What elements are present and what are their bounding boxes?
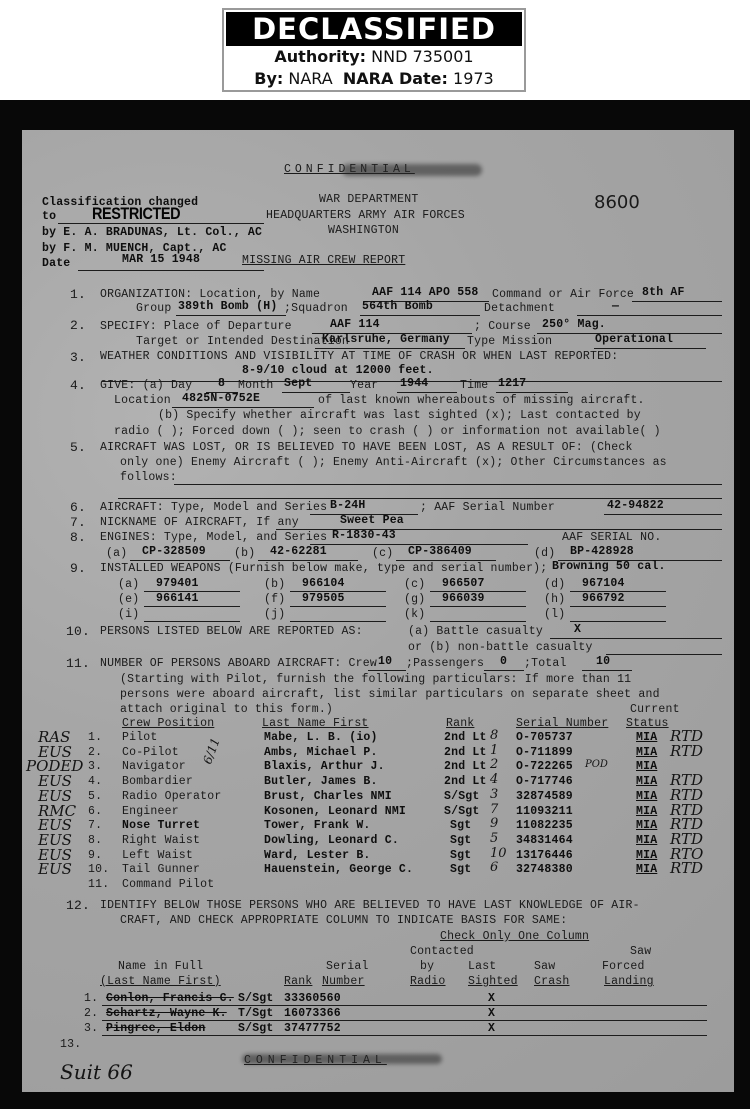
weapon-letter: (a) bbox=[118, 578, 139, 591]
crew-status: MIA bbox=[636, 834, 657, 847]
margin-note: 6/11 bbox=[200, 736, 222, 766]
to-label: to bbox=[42, 210, 56, 223]
aircraft-label: AIRCRAFT: Type, Model and Series bbox=[100, 501, 327, 514]
crew-rank: Sgt bbox=[450, 849, 471, 862]
witness-serial: 33360560 bbox=[284, 992, 341, 1005]
crew-name: Ward, Lester B. bbox=[264, 849, 371, 862]
col-radio-top: Contacted bbox=[410, 945, 474, 958]
crew-rank: Sgt bbox=[450, 819, 471, 832]
crew-name: Hauenstein, George C. bbox=[264, 863, 413, 876]
witness-number: 3. bbox=[84, 1022, 98, 1035]
crew-status: MIA bbox=[636, 805, 657, 818]
loss-cause-line-3: follows: bbox=[120, 471, 177, 484]
witness-number: 1. bbox=[84, 992, 98, 1005]
crew-number: 9. bbox=[88, 849, 102, 862]
crew-name: Mabe, L. B. (io) bbox=[264, 731, 378, 744]
weapon-letter: (e) bbox=[118, 593, 139, 606]
weapon-letter: (l) bbox=[544, 608, 565, 621]
report-number: 8600 bbox=[594, 192, 640, 213]
crew-position: Co-Pilot bbox=[122, 746, 179, 759]
crew-number: 11. bbox=[88, 878, 109, 891]
col-status: Status bbox=[626, 717, 669, 730]
witness-rank: S/Sgt bbox=[238, 1022, 274, 1035]
nickname-label: NICKNAME OF AIRCRAFT, If any bbox=[100, 516, 299, 529]
squadron-value: 564th Bomb bbox=[362, 300, 433, 313]
witness-name: Conlon, Francis C. bbox=[106, 992, 234, 1005]
crew-position: Navigator bbox=[122, 760, 186, 773]
year-value: 1944 bbox=[400, 377, 428, 390]
crew-mark: 9 bbox=[490, 816, 498, 831]
witness-rank: T/Sgt bbox=[238, 1007, 274, 1020]
item-number: 1. bbox=[70, 287, 86, 302]
item-number: 11. bbox=[66, 656, 90, 671]
crew-serial: 34831464 bbox=[516, 834, 573, 847]
crew-position: Pilot bbox=[122, 731, 158, 744]
location-value: 4825N-0752E bbox=[182, 392, 260, 405]
weapon-letter: (b) bbox=[264, 578, 285, 591]
crew-serial: 13176446 bbox=[516, 849, 573, 862]
col-rank: Rank bbox=[284, 975, 312, 988]
crew-number: 2. bbox=[88, 746, 102, 759]
passengers-label: ;Passengers bbox=[406, 657, 484, 670]
item-number: 8. bbox=[70, 530, 86, 545]
time-value: 1217 bbox=[498, 377, 526, 390]
engines-type: R-1830-43 bbox=[332, 529, 396, 542]
crew-number: 6. bbox=[88, 805, 102, 818]
crew-name: Tower, Frank W. bbox=[264, 819, 371, 832]
engine-serial: CP-328509 bbox=[142, 545, 206, 558]
engines-label: ENGINES: Type, Model, and Series bbox=[100, 531, 327, 544]
date-label: Date bbox=[42, 257, 70, 270]
mission-label: Type Mission bbox=[467, 335, 552, 348]
status-header-top: Current bbox=[630, 703, 680, 716]
witness-instr-2: CRAFT, AND CHECK APPROPRIATE COLUMN TO I… bbox=[120, 914, 567, 927]
particulars-note-2: persons were aboard aircraft, list simil… bbox=[120, 688, 660, 701]
crew-mark: 1 bbox=[490, 743, 498, 758]
col-serial: Number bbox=[322, 975, 365, 988]
witness-instr-1: IDENTIFY BELOW THOSE PERSONS WHO ARE BEL… bbox=[100, 899, 640, 912]
crew-status: MIA bbox=[636, 731, 657, 744]
item-number: 13. bbox=[60, 1038, 81, 1051]
crew-position: Command Pilot bbox=[122, 878, 214, 891]
engine-letter: (a) bbox=[106, 547, 127, 560]
crew-number: 7. bbox=[88, 819, 102, 832]
witness-name: Pingree, Eldon bbox=[106, 1022, 205, 1035]
crew-name: Ambs, Michael P. bbox=[264, 746, 378, 759]
crew-mark: 7 bbox=[490, 802, 498, 817]
persons-aboard-label: NUMBER OF PERSONS ABOARD AIRCRAFT: Crew bbox=[100, 657, 377, 670]
crew-handwritten-status: RTD bbox=[670, 859, 703, 877]
crew-serial: O-705737 bbox=[516, 731, 573, 744]
crew-mark: 5 bbox=[490, 831, 498, 846]
weather-label: WEATHER CONDITIONS AND VISIBILITY AT TIM… bbox=[100, 350, 618, 363]
weapon-letter: (c) bbox=[404, 578, 425, 591]
squadron-label: ;Squadron bbox=[284, 302, 348, 315]
weapon-serial: 966792 bbox=[582, 592, 625, 605]
departure-value: AAF 114 bbox=[330, 318, 380, 331]
item-number: 2. bbox=[70, 318, 86, 333]
crew-number: 10. bbox=[88, 863, 109, 876]
sighting-line-1: (b) Specify whether aircraft was last si… bbox=[158, 409, 641, 422]
engine-serial: BP-428928 bbox=[570, 545, 634, 558]
org-location: AAF 114 APO 558 bbox=[372, 286, 479, 299]
restricted-stamp: RESTRICTED bbox=[92, 204, 180, 224]
witness-serial: 37477752 bbox=[284, 1022, 341, 1035]
loss-cause-line-2: only one) Enemy Aircraft ( ); Enemy Anti… bbox=[120, 456, 667, 469]
course-value: 250° Mag. bbox=[542, 318, 606, 331]
col-rank: Rank bbox=[446, 717, 474, 730]
nonbattle-casualty-label: or (b) non-battle casualty bbox=[408, 641, 593, 654]
item-number: 9. bbox=[70, 561, 86, 576]
weapon-letter: (k) bbox=[404, 608, 425, 621]
department: WAR DEPARTMENT bbox=[319, 193, 418, 206]
total-label: ;Total bbox=[524, 657, 567, 670]
crew-number: 4. bbox=[88, 775, 102, 788]
crew-serial: 11082235 bbox=[516, 819, 573, 832]
crew-name: Blaxis, Arthur J. bbox=[264, 760, 385, 773]
aircraft-serial: 42-94822 bbox=[607, 499, 664, 512]
aircraft-type: B-24H bbox=[330, 499, 366, 512]
form-title: MISSING AIR CREW REPORT bbox=[242, 254, 405, 267]
crew-rank: 2nd Lt bbox=[444, 775, 487, 788]
engine-letter: (c) bbox=[372, 547, 393, 560]
crew-rank: S/Sgt bbox=[444, 790, 480, 803]
crew-serial: O-717746 bbox=[516, 775, 573, 788]
crew-note: POD bbox=[585, 759, 608, 770]
battle-casualty-value: X bbox=[574, 623, 581, 636]
year-label: Year bbox=[350, 379, 378, 392]
item-number: 12. bbox=[66, 898, 90, 913]
witness-sighted: X bbox=[488, 1022, 495, 1035]
crew-position: Bombardier bbox=[122, 775, 193, 788]
weapon-letter: (d) bbox=[544, 578, 565, 591]
weapon-letter: (i) bbox=[118, 608, 139, 621]
departure-label: SPECIFY: Place of Departure bbox=[100, 320, 292, 333]
crew-status: MIA bbox=[636, 849, 657, 862]
time-label: Time bbox=[460, 379, 488, 392]
crew-serial: O-722265 bbox=[516, 760, 573, 773]
witness-serial: 16073366 bbox=[284, 1007, 341, 1020]
col-crash-top: Saw bbox=[534, 960, 555, 973]
crew-rank: S/Sgt bbox=[444, 805, 480, 818]
group-value: 389th Bomb (H) bbox=[178, 300, 277, 313]
col-forced: Landing bbox=[604, 975, 654, 988]
col-name: (Last Name First) bbox=[100, 975, 221, 988]
col-forced-mid: Forced bbox=[602, 960, 645, 973]
detachment-label: Detachment bbox=[484, 302, 555, 315]
crew-status: MIA bbox=[636, 863, 657, 876]
crew-mark: 2 bbox=[490, 757, 498, 772]
crew-serial: O-711899 bbox=[516, 746, 573, 759]
col-sighted-top: Last bbox=[468, 960, 496, 973]
crew-serial: 32748380 bbox=[516, 863, 573, 876]
crew-position: Tail Gunner bbox=[122, 863, 200, 876]
item-number: 5. bbox=[70, 440, 86, 455]
crew-status: MIA bbox=[636, 775, 657, 788]
crew-position: Left Waist bbox=[122, 849, 193, 862]
declassified-stamp: DECLASSIFIED Authority: NND 735001 By: N… bbox=[222, 8, 526, 92]
give-day-label: GIVE: (a) Day bbox=[100, 379, 192, 392]
target-value: Karlsruhe, Germany bbox=[322, 333, 450, 346]
particulars-note-3: attach original to this form.) bbox=[120, 703, 333, 716]
passengers-count: 0 bbox=[500, 655, 507, 668]
witness-sighted: X bbox=[488, 1007, 495, 1020]
crew-position: Radio Operator bbox=[122, 790, 221, 803]
crew-number: 3. bbox=[88, 760, 102, 773]
col-radio-mid: by bbox=[420, 960, 434, 973]
course-label: ; Course bbox=[474, 320, 531, 333]
crew-serial: 32874589 bbox=[516, 790, 573, 803]
weapon-serial: 966104 bbox=[302, 577, 345, 590]
weapon-letter: (g) bbox=[404, 593, 425, 606]
group-label: Group bbox=[136, 302, 172, 315]
engines-serial-header: AAF SERIAL NO. bbox=[562, 531, 661, 544]
item-number: 6. bbox=[70, 500, 86, 515]
col-name: Last Name First bbox=[262, 717, 369, 730]
aircraft-serial-label: ; AAF Serial Number bbox=[420, 501, 555, 514]
day-value: 8 bbox=[218, 377, 225, 390]
witness-sighted: X bbox=[488, 992, 495, 1005]
item-number: 4. bbox=[70, 378, 86, 393]
weapons-label: INSTALLED WEAPONS (Furnish below make, t… bbox=[100, 562, 547, 575]
crew-rank: Sgt bbox=[450, 863, 471, 876]
target-label: Target or Intended Destination bbox=[136, 335, 349, 348]
stamp-by: By: NARA NARA Date: 1973 bbox=[224, 68, 524, 90]
headquarters: HEADQUARTERS ARMY AIR FORCES bbox=[266, 209, 465, 222]
col-forced-top: Saw bbox=[630, 945, 651, 958]
sighting-line-2: radio ( ); Forced down ( ); seen to cras… bbox=[114, 425, 661, 438]
weapon-letter: (h) bbox=[544, 593, 565, 606]
weapon-serial: 967104 bbox=[582, 577, 625, 590]
document-paper: CONFIDENTIAL 8600 WAR DEPARTMENT HEADQUA… bbox=[22, 130, 734, 1092]
witness-number: 2. bbox=[84, 1007, 98, 1020]
weapons-make: Browning 50 cal. bbox=[552, 560, 666, 573]
crew-name: Dowling, Leonard C. bbox=[264, 834, 399, 847]
crew-status: MIA bbox=[636, 790, 657, 803]
month-value: Sept bbox=[284, 377, 312, 390]
crew-position: Nose Turret bbox=[122, 819, 200, 832]
crew-position: Right Waist bbox=[122, 834, 200, 847]
col-serial-top: Serial bbox=[326, 960, 369, 973]
crew-mark: 8 bbox=[490, 728, 498, 743]
crew-mark: 4 bbox=[490, 772, 498, 787]
col-crew-position: Crew Position bbox=[122, 717, 214, 730]
crew-number: 8. bbox=[88, 834, 102, 847]
particulars-note-1: (Starting with Pilot, furnish the follow… bbox=[120, 673, 631, 686]
crew-mark: 10 bbox=[490, 846, 507, 861]
mission-value: Operational bbox=[595, 333, 673, 346]
crew-name: Brust, Charles NMI bbox=[264, 790, 392, 803]
crew-number: 5. bbox=[88, 790, 102, 803]
scanned-page: CONFIDENTIAL 8600 WAR DEPARTMENT HEADQUA… bbox=[0, 100, 750, 1109]
city: WASHINGTON bbox=[328, 224, 399, 237]
col-sighted: Sighted bbox=[468, 975, 518, 988]
witness-rank: S/Sgt bbox=[238, 992, 274, 1005]
classification-date: MAR 15 1948 bbox=[122, 253, 200, 266]
location-suffix: of last known whereabouts of missing air… bbox=[318, 394, 645, 407]
weapon-serial: 966507 bbox=[442, 577, 485, 590]
crew-number: 1. bbox=[88, 731, 102, 744]
command-value: 8th AF bbox=[642, 286, 685, 299]
weapon-serial: 966141 bbox=[156, 592, 199, 605]
stamp-authority: Authority: NND 735001 bbox=[224, 46, 524, 68]
battle-casualty-label: (a) Battle casualty bbox=[408, 625, 543, 638]
item-number: 3. bbox=[70, 350, 86, 365]
weapon-serial: 979401 bbox=[156, 577, 199, 590]
crew-serial: 11093211 bbox=[516, 805, 573, 818]
crew-count: 10 bbox=[378, 655, 392, 668]
col-radio: Radio bbox=[410, 975, 446, 988]
crew-mark: 3 bbox=[490, 787, 498, 802]
crew-annotation: EUS bbox=[38, 860, 72, 878]
crew-name: Butler, James B. bbox=[264, 775, 378, 788]
loss-cause-line-1: AIRCRAFT WAS LOST, OR IS BELIEVED TO HAV… bbox=[100, 441, 633, 454]
col-name-top: Name in Full bbox=[118, 960, 203, 973]
month-label: Month bbox=[238, 379, 274, 392]
casualty-label: PERSONS LISTED BELOW ARE REPORTED AS: bbox=[100, 625, 363, 638]
weapon-letter: (j) bbox=[264, 608, 285, 621]
crew-name: Kosonen, Leonard NMI bbox=[264, 805, 406, 818]
crew-mark: 6 bbox=[490, 860, 498, 875]
crew-rank: Sgt bbox=[450, 834, 471, 847]
nickname-value: Sweet Pea bbox=[340, 514, 404, 527]
crew-position: Engineer bbox=[122, 805, 179, 818]
weapon-serial: 979505 bbox=[302, 592, 345, 605]
crew-status: MIA bbox=[636, 746, 657, 759]
item-number: 10. bbox=[66, 624, 90, 639]
changed-by-1: by E. A. BRADUNAS, Lt. Col., AC bbox=[42, 226, 262, 239]
crew-rank: 2nd Lt bbox=[444, 746, 487, 759]
engine-letter: (b) bbox=[234, 547, 255, 560]
signature: Suit 66 bbox=[60, 1060, 133, 1084]
stamp-title: DECLASSIFIED bbox=[226, 12, 522, 46]
crew-status: MIA bbox=[636, 760, 657, 773]
item-number: 7. bbox=[70, 515, 86, 530]
engine-serial: 42-62281 bbox=[270, 545, 327, 558]
crew-rank: 2nd Lt bbox=[444, 731, 487, 744]
detachment-value: — bbox=[612, 300, 619, 313]
weather-value: 8-9/10 cloud at 12000 feet. bbox=[242, 364, 434, 377]
col-serial: Serial Number bbox=[516, 717, 608, 730]
check-one-column: Check Only One Column bbox=[440, 930, 589, 943]
crew-status: MIA bbox=[636, 819, 657, 832]
location-label: Location bbox=[114, 394, 171, 407]
witness-name: Schartz, Wayne K. bbox=[106, 1007, 227, 1020]
engine-serial: CP-386409 bbox=[408, 545, 472, 558]
total-count: 10 bbox=[596, 655, 610, 668]
crew-rank: 2nd Lt bbox=[444, 760, 487, 773]
weapon-serial: 966039 bbox=[442, 592, 485, 605]
engine-letter: (d) bbox=[534, 547, 555, 560]
weapon-letter: (f) bbox=[264, 593, 285, 606]
crew-handwritten-status: RTD bbox=[670, 742, 703, 760]
col-crash: Crash bbox=[534, 975, 570, 988]
